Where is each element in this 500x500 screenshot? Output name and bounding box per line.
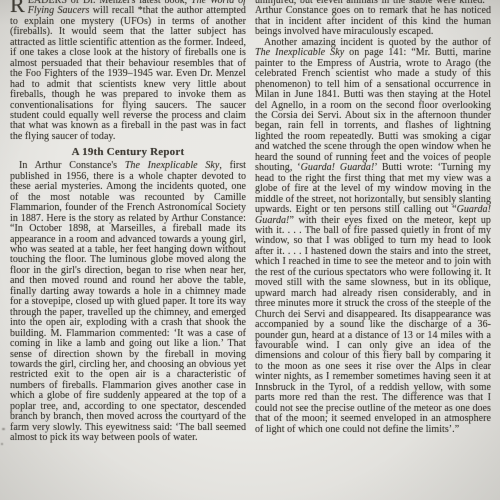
scan-speck [1,443,3,445]
right-column: uninjured, but eleven animals in the sta… [255,0,491,444]
butti-paragraph: Another amazing incident is quoted by th… [255,38,491,435]
section-heading: A 19th Century Report [10,146,246,158]
opening-paragraph-text: EADERS of Dr. Menzel's latest book, The … [10,0,246,142]
book-page-scan: READERS of Dr. Menzel's latest book, The… [0,0,500,500]
left-column: READERS of Dr. Menzel's latest book, The… [10,0,246,444]
text-columns: READERS of Dr. Menzel's latest book, The… [10,0,491,444]
opening-paragraph: READERS of Dr. Menzel's latest book, The… [10,0,246,142]
continuation-paragraph: uninjured, but eleven animals in the sta… [255,0,491,38]
scan-speck [2,428,5,430]
report-paragraph: In Arthur Constance's The Inexplicable S… [10,161,246,443]
drop-cap: R [10,0,28,12]
